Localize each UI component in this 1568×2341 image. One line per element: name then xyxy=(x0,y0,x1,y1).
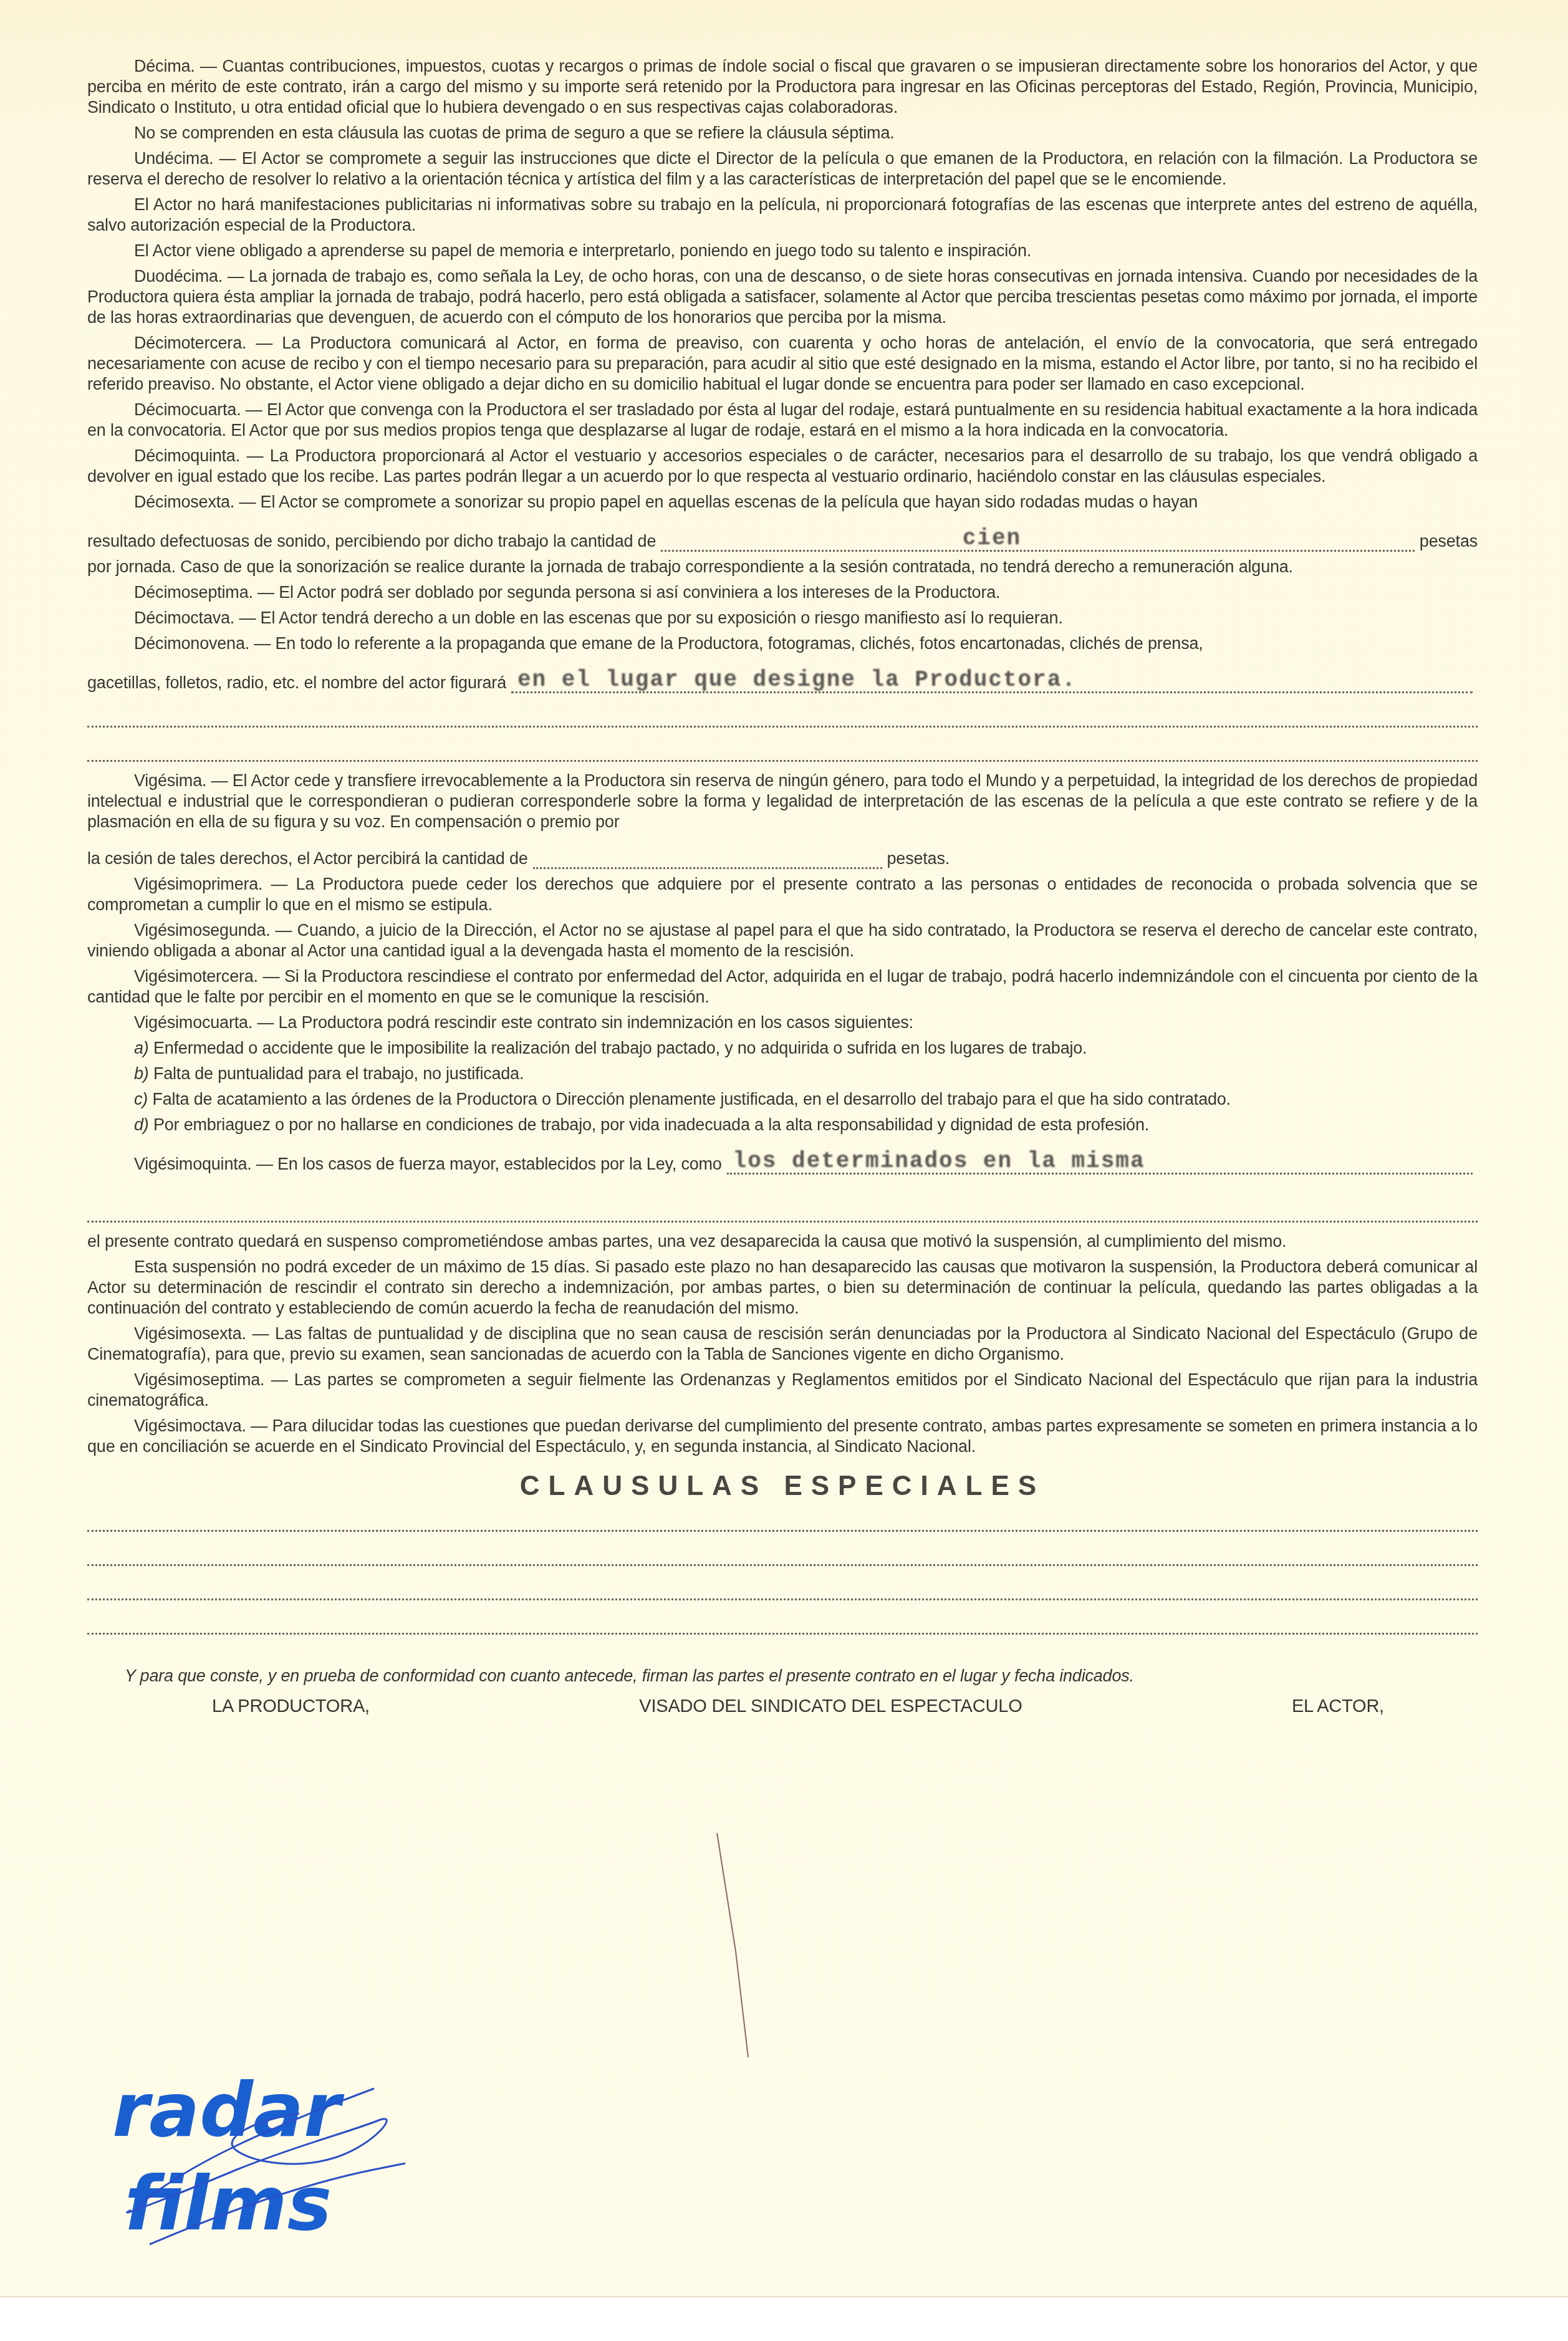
decimosexta-amount-row: resultado defectuosas de sonido, percibi… xyxy=(87,529,1478,552)
clause-label: Décimocuarta. — xyxy=(134,400,262,419)
clause-text: Para dilucidar todas las cuestiones que … xyxy=(87,1416,1478,1456)
clause-text: La jornada de trabajo es, como señala la… xyxy=(87,267,1478,327)
clause-text: Las faltas de puntualidad y de disciplin… xyxy=(87,1324,1478,1363)
closing-statement: Y para que conste, y en prueba de confor… xyxy=(125,1666,1478,1686)
case-letter: a) xyxy=(134,1039,149,1057)
typed-force-majeure: los determinados en la misma xyxy=(733,1151,1145,1171)
clause-paragraph: El Actor viene obligado a aprenderse su … xyxy=(87,241,1478,261)
clause-paragraph: Esta suspensión no podrá exceder de un m… xyxy=(87,1257,1478,1319)
fill-label: la cesión de tales derechos, el Actor pe… xyxy=(87,848,528,869)
clause-label: Vigésimoctava. — xyxy=(134,1416,267,1435)
typed-placement: en el lugar que designe la Productora. xyxy=(517,670,1077,690)
case-text: Falta de puntualidad para el trabajo, no… xyxy=(153,1064,524,1083)
clause-label: Vigésimocuarta. — xyxy=(134,1013,274,1032)
decimonovena-fill-row: gacetillas, folletos, radio, etc. el nom… xyxy=(87,670,1478,693)
fill-label: resultado defectuosas de sonido, percibi… xyxy=(87,531,656,552)
clause-paragraph: Vigésimoctava. — Para dilucidar todas la… xyxy=(87,1416,1478,1457)
special-clause-line[interactable] xyxy=(87,1509,1478,1532)
clause-text: No se comprenden en esta cláusula las cu… xyxy=(134,123,895,142)
clauses-vigesimoprimera-to-vigesimocuarta: Vigésimoprimera. — La Productora puede c… xyxy=(87,874,1478,1033)
clause-paragraph: Vigésimoprimera. — La Productora puede c… xyxy=(87,874,1478,915)
clause-paragraph: Duodécima. — La jornada de trabajo es, c… xyxy=(87,266,1478,328)
signature-syndicate: VISADO DEL SINDICATO DEL ESPECTACULO xyxy=(639,1696,1022,1717)
clause-paragraph: Décimocuarta. — El Actor que convenga co… xyxy=(87,400,1478,441)
blank-line[interactable] xyxy=(87,739,1478,762)
clause-paragraph: Décimoctava. — El Actor tendrá derecho a… xyxy=(87,608,1478,628)
case-letter: d) xyxy=(134,1115,149,1134)
clause-text: Si la Productora rescindiese el contrato… xyxy=(87,967,1478,1006)
case-item: c) Falta de acatamiento a las órdenes de… xyxy=(134,1089,1478,1110)
case-item: b) Falta de puntualidad para el trabajo,… xyxy=(134,1064,1478,1084)
case-letter: b) xyxy=(134,1064,149,1083)
special-clause-line[interactable] xyxy=(87,1577,1478,1600)
pen-stroke-icon xyxy=(711,1827,786,2064)
case-text: Enfermedad o accidente que le imposibili… xyxy=(153,1039,1087,1057)
clause-text: La Productora comunicará al Actor, en fo… xyxy=(87,334,1478,393)
signature-row: LA PRODUCTORA, VISADO DEL SINDICATO DEL … xyxy=(87,1696,1478,1717)
clause-paragraph: Vigésimocuarta. — La Productora podrá re… xyxy=(87,1012,1478,1033)
case-item: d) Por embriaguez o por no hallarse en c… xyxy=(134,1115,1478,1135)
clause-text: La Productora podrá rescindir este contr… xyxy=(279,1013,913,1032)
special-clauses-heading: CLAUSULAS ESPECIALES xyxy=(87,1476,1478,1496)
decimosexta-continuation: por jornada. Caso de que la sonorización… xyxy=(87,557,1478,577)
clause-label: Décimoseptima. — xyxy=(134,583,274,602)
clause-text: El Actor se compromete a sonorizar su pr… xyxy=(261,493,1198,511)
clause-label: Décimoctava. — xyxy=(134,608,256,627)
contract-body: Décima. — Cuantas contribuciones, impues… xyxy=(87,56,1478,1717)
special-clause-line[interactable] xyxy=(87,1612,1478,1635)
clause-text: El Actor podrá ser doblado por segunda p… xyxy=(279,583,1000,602)
typed-amount: cien xyxy=(963,528,1021,549)
clause-paragraph: Vigésimosexta. — Las faltas de puntualid… xyxy=(87,1324,1478,1365)
clause-label: Undécima. — xyxy=(134,149,236,168)
clause-text: Esta suspensión no podrá exceder de un m… xyxy=(87,1257,1478,1317)
amount-field[interactable]: cien xyxy=(661,529,1415,552)
clause-paragraph: Undécima. — El Actor se compromete a seg… xyxy=(87,148,1478,190)
clauses-suspension-to-vigesimoctava: Esta suspensión no podrá exceder de un m… xyxy=(87,1257,1478,1457)
clause-label: Vigésimosegunda. — xyxy=(134,921,292,940)
clause-paragraph: Décimotercera. — La Productora comunicar… xyxy=(87,333,1478,395)
page-bottom-edge xyxy=(0,2296,1568,2341)
clause-text: El Actor viene obligado a aprenderse su … xyxy=(134,241,1031,260)
case-text: Por embriaguez o por no hallarse en cond… xyxy=(153,1115,1149,1134)
clause-text: La Productora proporcionará al Actor el … xyxy=(87,446,1478,486)
fill-label: Vigésimoquinta. — En los casos de fuerza… xyxy=(134,1154,722,1175)
clause-text: En todo lo referente a la propaganda que… xyxy=(275,634,1203,653)
clause-paragraph: Décimoquinta. — La Productora proporcion… xyxy=(87,446,1478,487)
fill-suffix: pesetas xyxy=(1420,531,1478,552)
clause-label: Vigésimosexta. — xyxy=(134,1324,269,1343)
clause-label: Vigésimotercera. — xyxy=(134,967,279,986)
clause-paragraph: Décimonovena. — En todo lo referente a l… xyxy=(87,633,1478,654)
clause-label: Vigésimoseptima. — xyxy=(134,1370,288,1389)
clause-label: Duodécima. — xyxy=(134,267,244,286)
signature-actor: EL ACTOR, xyxy=(1292,1696,1384,1717)
clause-text: Las partes se comprometen a seguir fielm… xyxy=(87,1370,1478,1410)
fill-suffix: pesetas. xyxy=(887,848,950,869)
blank-line[interactable] xyxy=(87,704,1478,728)
rights-amount-field[interactable] xyxy=(533,846,882,869)
clauses-decima-to-decimosexta: Décima. — Cuantas contribuciones, impues… xyxy=(87,56,1478,512)
clause-text: La Productora puede ceder los derechos q… xyxy=(87,875,1478,914)
vigesimoquinta-continuation: el presente contrato quedará en suspenso… xyxy=(87,1231,1478,1252)
clause-label: Vigésimoprimera. — xyxy=(134,875,287,893)
signature-scribble-icon xyxy=(112,2076,486,2288)
clause-paragraph: Décimoseptima. — El Actor podrá ser dobl… xyxy=(87,582,1478,603)
clause-vigesima: Vigésima. — El Actor cede y transfiere i… xyxy=(87,771,1478,832)
clause-text: El Actor no hará manifestaciones publici… xyxy=(87,195,1478,234)
clause-text: El Actor que convenga con la Productora … xyxy=(87,400,1478,440)
radar-films-stamp: radar films xyxy=(112,2076,337,2288)
case-letter: c) xyxy=(134,1090,148,1108)
clause-paragraph: Décimosexta. — El Actor se compromete a … xyxy=(87,492,1478,512)
clause-paragraph: Vigésimosegunda. — Cuando, a juicio de l… xyxy=(87,920,1478,961)
clause-label: Décimotercera. — xyxy=(134,334,272,352)
clause-paragraph: Vigésimoseptima. — Las partes se comprom… xyxy=(87,1370,1478,1411)
fill-label: gacetillas, folletos, radio, etc. el nom… xyxy=(87,673,506,693)
actor-name-placement-field[interactable]: en el lugar que designe la Productora. xyxy=(511,670,1473,693)
clause-label: Décima. — xyxy=(134,57,217,75)
contract-page: Décima. — Cuantas contribuciones, impues… xyxy=(0,0,1568,2341)
clause-text: El Actor tendrá derecho a un doble en la… xyxy=(261,608,1063,627)
clause-text: El Actor se compromete a seguir las inst… xyxy=(87,149,1478,188)
clause-paragraph: Décima. — Cuantas contribuciones, impues… xyxy=(87,56,1478,118)
clause-label: Décimoquinta. — xyxy=(134,446,263,465)
case-text: Falta de acatamiento a las órdenes de la… xyxy=(152,1090,1230,1108)
clause-label: Décimonovena. — xyxy=(134,634,271,653)
clause-label: Décimosexta. — xyxy=(134,493,256,511)
blank-line[interactable] xyxy=(87,1199,1478,1223)
clause-text: Cuando, a juicio de la Dirección, el Act… xyxy=(87,921,1478,960)
signature-producer: LA PRODUCTORA, xyxy=(212,1696,370,1717)
clause-paragraph: El Actor no hará manifestaciones publici… xyxy=(87,195,1478,236)
special-clause-line[interactable] xyxy=(87,1543,1478,1566)
force-majeure-field[interactable]: los determinados en la misma xyxy=(727,1151,1473,1175)
case-item: a) Enfermedad o accidente que le imposib… xyxy=(134,1038,1478,1059)
clause-paragraph: No se comprenden en esta cláusula las cu… xyxy=(87,123,1478,143)
clauses-decimoseptima-to-decimonovena: Décimoseptima. — El Actor podrá ser dobl… xyxy=(87,582,1478,654)
clause-paragraph: Vigésimotercera. — Si la Productora resc… xyxy=(87,966,1478,1007)
vigesima-amount-row: la cesión de tales derechos, el Actor pe… xyxy=(87,846,1478,869)
rescission-cases-list: a) Enfermedad o accidente que le imposib… xyxy=(87,1038,1478,1135)
clause-text: Cuantas contribuciones, impuestos, cuota… xyxy=(87,57,1478,117)
vigesimoquinta-fill-row: Vigésimoquinta. — En los casos de fuerza… xyxy=(87,1151,1478,1175)
